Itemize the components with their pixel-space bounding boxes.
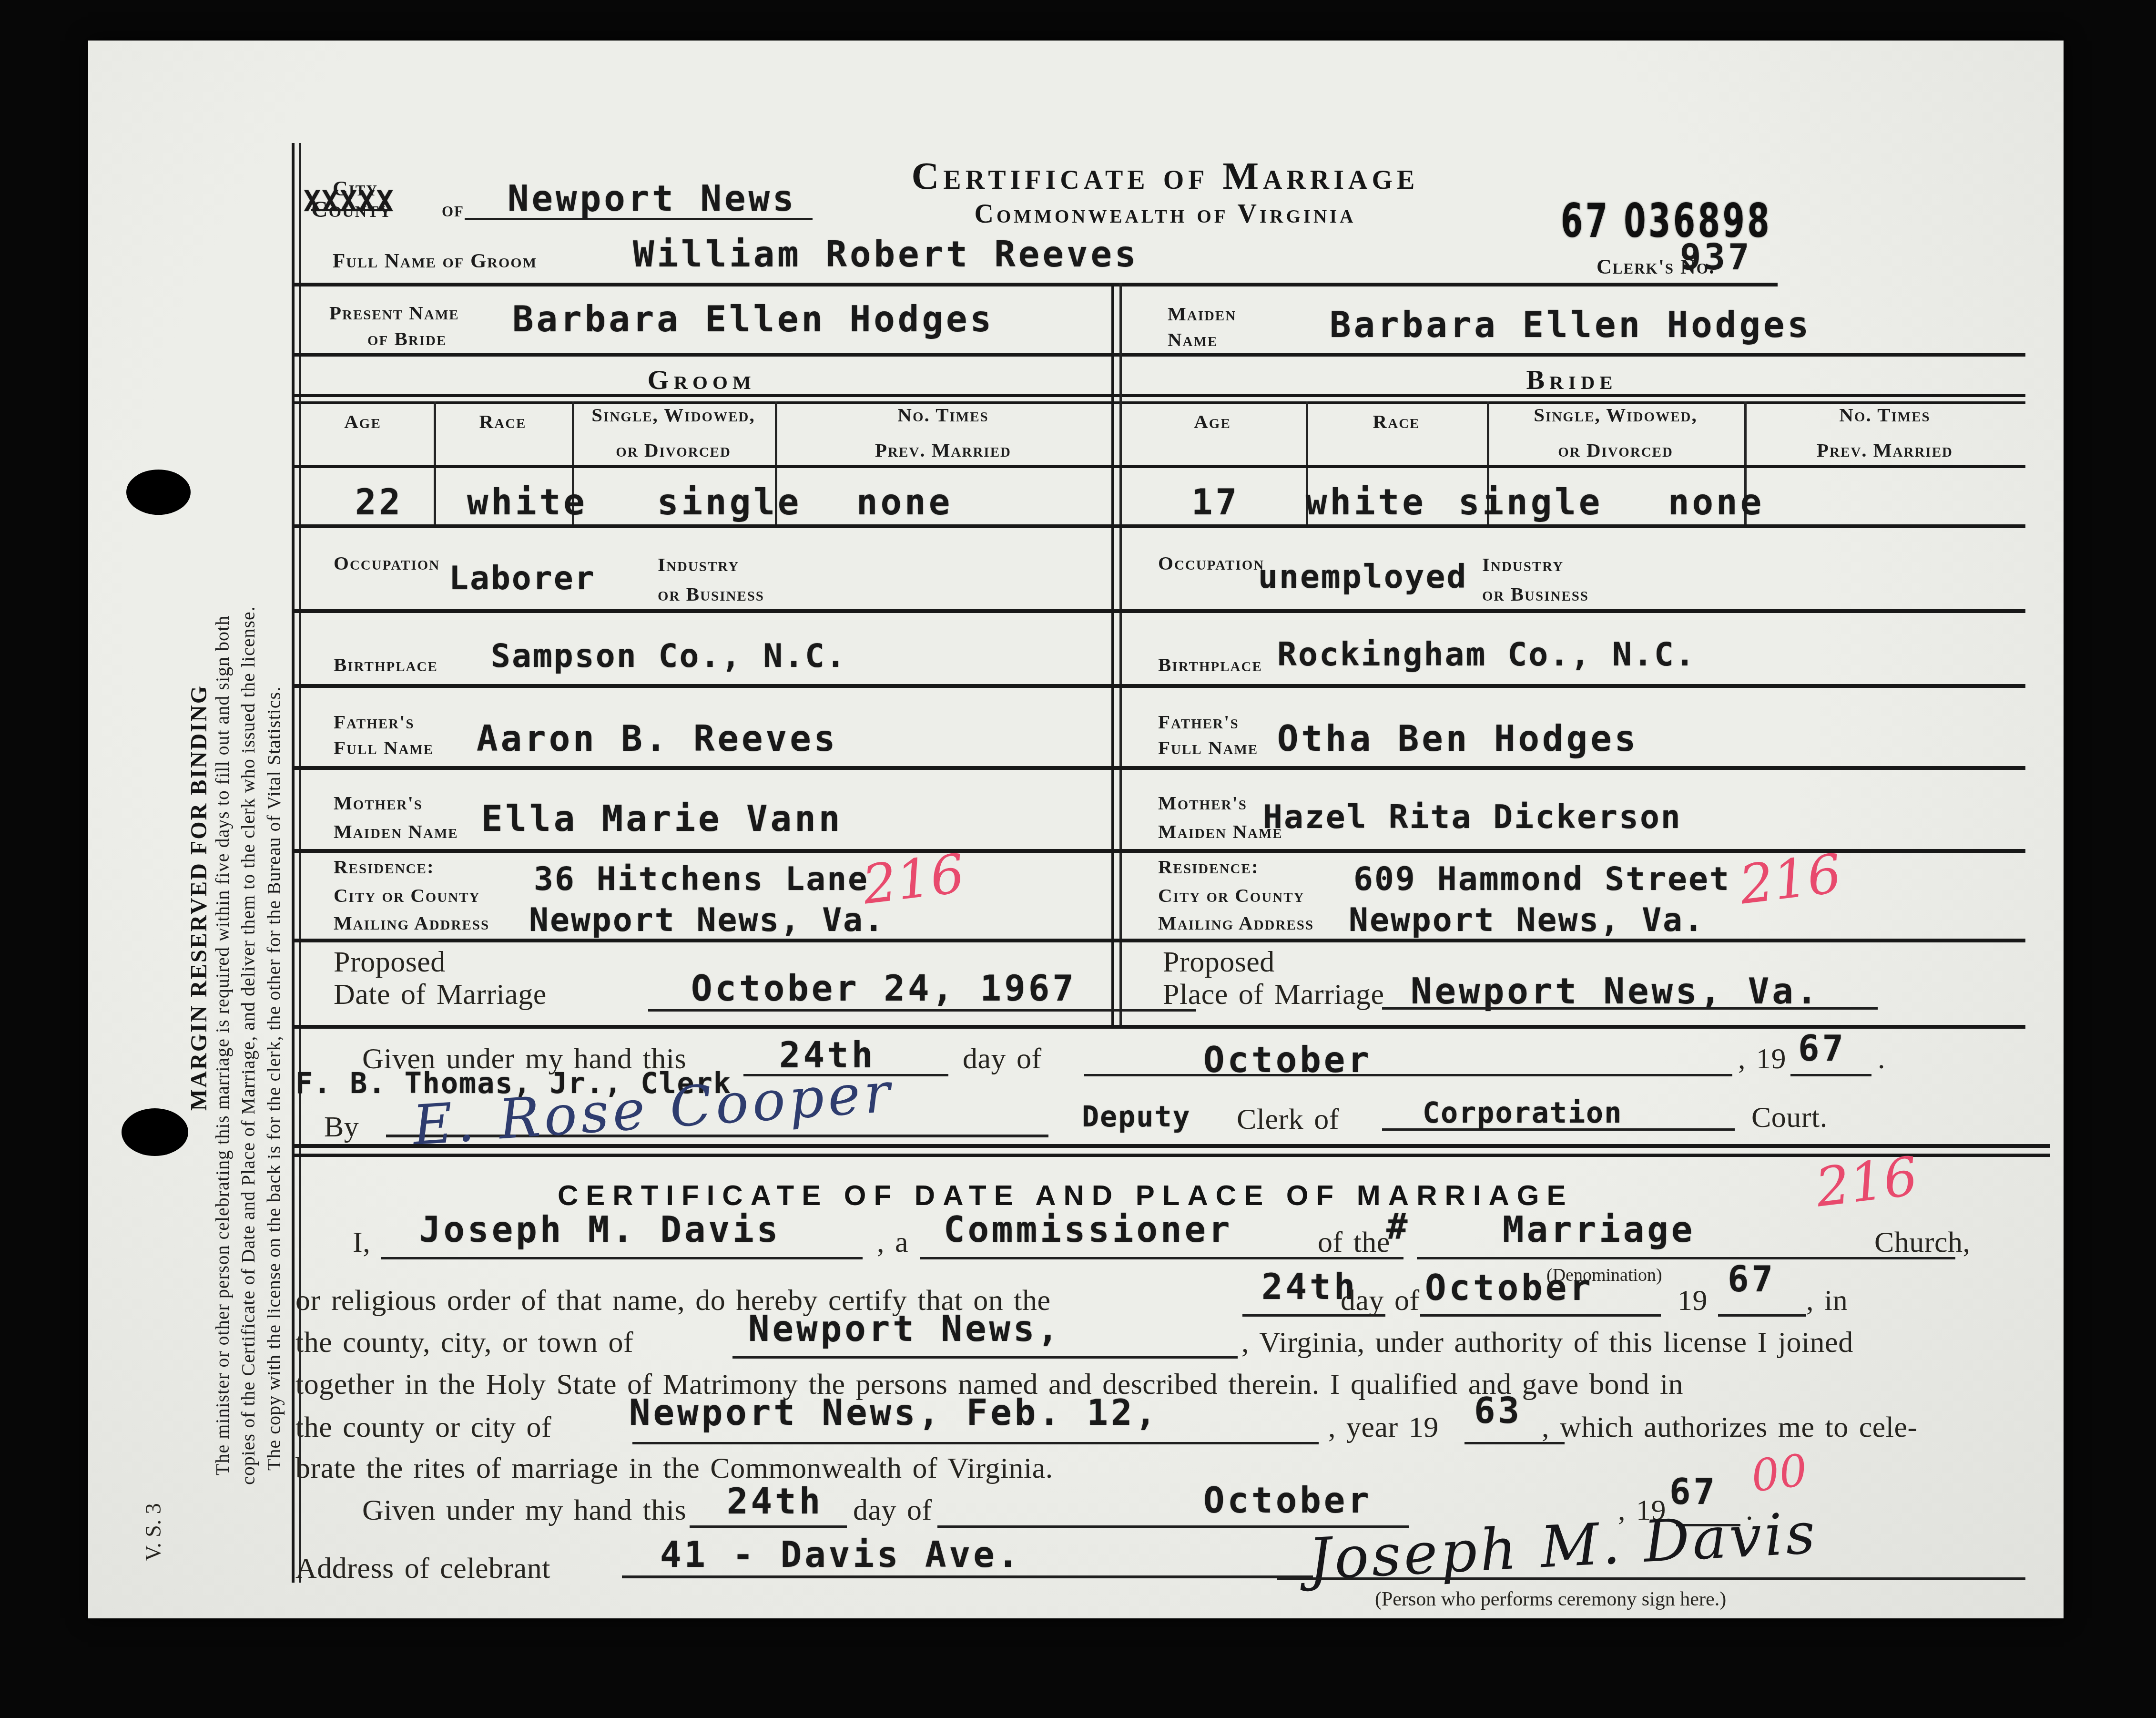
center-divider-outer [1111,283,1114,1026]
groom-times-label-2: Prev. Married [775,440,1111,460]
groom-residence-street: 36 Hitchens Lane [534,863,869,896]
line5-place-typed: Newport News, Feb. 12, [629,1395,1159,1431]
clerk-of-text: Clerk of [1237,1104,1339,1134]
cert-line5-printed: the county or city of [295,1412,551,1442]
line2-month-underline [1420,1314,1661,1317]
groom-times-value: none [856,485,953,520]
bride-birthplace-label: Birthplace [1158,654,1262,675]
bride-industry-label-2: or Business [1482,584,1589,604]
bride-occupation-label: Occupation [1158,553,1264,573]
line2-year-typed: 67 [1728,1262,1776,1297]
groom-residence-label-3: Mailing Address [334,913,489,933]
clerk-year-value: 67 [1798,1031,1846,1066]
bride-industry-label-1: Industry [1482,554,1564,575]
groom-birthplace-label: Birthplace [334,654,438,675]
clerk-period: . [1878,1044,1885,1074]
denomination-typed: Marriage [1503,1212,1695,1248]
section-double-rule-b [292,1154,2050,1157]
groom-status-label-1: Single, Widowed, [572,405,775,425]
bride-mother-label-1: Mother's [1158,793,1247,813]
cert-given-year: 67 [1669,1474,1718,1510]
maiden-name-label-2: Name [1168,329,1218,350]
groom-father-label-1: Father's [334,712,415,732]
form-border-left-inner [299,143,301,1583]
groom-mother-label-2: Maiden Name [334,821,458,842]
section-double-rule-a [292,1144,2050,1148]
church-label: Church, [1874,1227,1971,1257]
hash-overstrike: # [1386,1209,1411,1245]
cert-line5-end: , which authorizes me to cele- [1542,1412,1918,1442]
sign-here-caption: (Person who performs ceremony sign here.… [1375,1588,1726,1611]
cert-line3-printed: the county, city, or town of [295,1328,633,1357]
clerk-19-text: , 19 [1738,1044,1786,1074]
groom-residence-label-2: City or County [334,885,480,906]
scanned-certificate: V. S. 3 MARGIN RESERVED FOR BINDING The … [0,0,2156,1718]
clerk-month-value: October [1203,1043,1372,1078]
bride-father-label-1: Father's [1158,712,1239,732]
celebrant-name-typed: Joseph M. Davis [419,1212,781,1248]
bride-residence-street: 609 Hammond Street [1353,863,1730,896]
groom-residence-city: Newport News, Va. [529,904,885,937]
groom-name-label: Full Name of Groom [333,250,537,272]
bride-times-label-2: Prev. Married [1744,440,2025,460]
address-underline [622,1575,1313,1578]
form-code: V. S. 3 [141,1503,166,1561]
cert-of-the: of the [1318,1227,1390,1257]
groom-times-label-1: No. Times [775,405,1111,425]
rule-under-proposed [292,1025,2025,1029]
groom-status-label-2: or Divorced [572,440,775,460]
bride-mother-value: Hazel Rita Dickerson [1263,801,1682,834]
cert-a-label: , a [877,1227,908,1257]
present-name-label-2: of Bride [367,328,447,349]
proposed-date-underline [648,1009,1196,1012]
cert-given-day-underline [690,1525,847,1528]
bride-residence-city: Newport News, Va. [1349,904,1705,937]
certificate-paper: V. S. 3 MARGIN RESERVED FOR BINDING The … [88,41,2064,1618]
clerks-no-value: 937 [1680,240,1752,275]
bride-times-label-1: No. Times [1744,405,2025,425]
line5-year-typed: 63 [1474,1393,1522,1429]
line2-dayof: day of [1341,1286,1420,1315]
rule-under-birthplace [292,684,2025,688]
cert-section-heading: CERTIFICATE OF DATE AND PLACE OF MARRIAG… [558,1179,1574,1212]
groom-residence-label-1: Residence: [334,857,435,877]
form-border-left-outer [292,143,295,1583]
cert-i-label: I, [353,1227,370,1257]
bride-column-header: Bride [1119,364,2024,396]
groom-birthplace-value: Sampson Co., N.C. [491,640,847,673]
bride-status-label-2: or Divorced [1487,440,1744,460]
bride-residence-label-3: Mailing Address [1158,913,1314,933]
proposed-date-label-1: Proposed [334,947,446,977]
groom-industry-label-2: or Business [658,584,764,604]
rule-under-groom-name [292,283,1778,286]
margin-note-line3: The copy with the license on the back is… [263,686,285,1471]
role-typed: Commissioner [944,1212,1233,1248]
line5-year-text: , year 19 [1328,1412,1439,1442]
line2-month-typed: October [1425,1270,1594,1306]
bride-father-value: Otha Ben Hodges [1277,721,1638,757]
groom-industry-label-1: Industry [658,554,739,575]
groom-race-value: white [467,485,588,520]
cert-given-month: October [1203,1483,1372,1518]
groom-father-label-2: Full Name [334,737,434,758]
cert-line3-end: , Virginia, under authority of this lice… [1241,1328,1853,1357]
line2-19: 19 [1678,1286,1708,1315]
address-value-typed: 41 - Davis Ave. [660,1537,1021,1573]
county-strikeout-xxxxx: XXXXX [304,187,395,216]
bride-maiden-name-value: Barbara Ellen Hodges [1330,307,1811,343]
line3-place-underline [732,1356,1238,1359]
bride-birthplace-value: Rockingham Co., N.C. [1277,639,1696,671]
bride-status-value: single [1458,485,1603,520]
groom-occupation-value: Laborer [449,562,596,595]
bride-father-label-2: Full Name [1158,737,1258,758]
line5-place-underline [632,1442,1319,1444]
celebrant-underline [381,1257,863,1259]
groom-mother-label-1: Mother's [334,793,423,813]
margin-note-line2: copies of the Certificate of Date and Pl… [237,606,259,1485]
bride-race-label: Race [1306,411,1487,432]
cert-given-dayof: day of [853,1495,932,1525]
cert-given-text: Given under my hand this [362,1495,686,1525]
proposed-place-underline [1382,1007,1878,1010]
cert-line6: brate the rites of marriage in the Commo… [295,1453,1053,1483]
rule-under-residence [292,939,2025,942]
line3-place-typed: Newport News, [748,1311,1061,1347]
groom-age-value: 22 [355,485,403,520]
groom-status-value: single [657,485,802,520]
deputy-typed: Deputy [1082,1103,1191,1131]
cert-red-mark: 216 [1812,1145,1921,1219]
cert-red-00: 00 [1749,1444,1810,1502]
bride-race-value: white [1306,485,1426,520]
groom-race-label: Race [434,411,572,432]
groom-column-header: Groom [292,364,1111,396]
bride-residence-red-mark: 216 [1736,842,1845,916]
bride-residence-label-1: Residence: [1158,857,1259,877]
line2-end: , in [1806,1286,1848,1315]
proposed-place-value: Newport News, Va. [1411,974,1820,1009]
bride-residence-label-2: City or County [1158,885,1305,906]
margin-note-line1: The minister or other person celebrating… [211,615,234,1475]
punch-hole-bottom [122,1108,188,1156]
punch-hole-top [126,470,191,515]
clerk-year-underline [1790,1074,1871,1076]
of-label: of [442,199,464,221]
band-double-rule-b [292,401,2025,404]
groom-father-value: Aaron B. Reeves [477,721,838,757]
bride-age-label: Age [1119,411,1306,432]
rule-under-table-header [292,465,2025,468]
maiden-name-label-1: Maiden [1168,304,1236,324]
groom-name-value: William Robert Reeves [633,237,1139,272]
bride-present-name-value: Barbara Ellen Hodges [512,302,994,337]
clerk-month-underline [1084,1074,1732,1076]
bride-status-label-1: Single, Widowed, [1487,405,1744,425]
proposed-date-value: October 24, 1967 [691,971,1077,1006]
clerk-dayof-text: day of [963,1044,1042,1074]
line2-year-underline [1718,1314,1806,1317]
groom-occupation-label: Occupation [334,553,440,573]
groom-col-divider-1 [434,401,436,526]
celebrant-signature-underline [1277,1577,2025,1580]
court-name-typed: Corporation [1423,1099,1622,1127]
bride-times-value: none [1668,485,1764,520]
margin-binding-note: MARGIN RESERVED FOR BINDING [186,685,212,1111]
proposed-date-label-2: Date of Marriage [334,980,547,1009]
address-label: Address of celebrant [295,1554,550,1583]
cert-given-day: 24th [727,1484,823,1519]
proposed-place-label-1: Proposed [1163,947,1275,977]
groom-age-label: Age [292,411,434,432]
band-double-rule-a [292,394,2025,397]
certificate-title: Certificate of Marriage [684,155,1647,198]
court-label: Court. [1751,1103,1828,1132]
proposed-place-label-2: Place of Marriage [1163,980,1384,1009]
commonwealth-subtitle: Commonwealth of Virginia [684,199,1647,229]
groom-mother-value: Ella Marie Vann [481,801,843,837]
rule-under-table-values [292,524,2025,528]
bride-age-value: 17 [1191,485,1240,520]
bride-occupation-value: unemployed [1258,561,1467,593]
rule-under-bride-name [292,353,2025,357]
rule-under-occupation [292,609,2025,613]
center-divider-inner [1119,283,1122,1026]
rule-under-father [292,766,2025,770]
by-label: By [324,1112,359,1142]
present-name-label-1: Present Name [329,303,459,323]
